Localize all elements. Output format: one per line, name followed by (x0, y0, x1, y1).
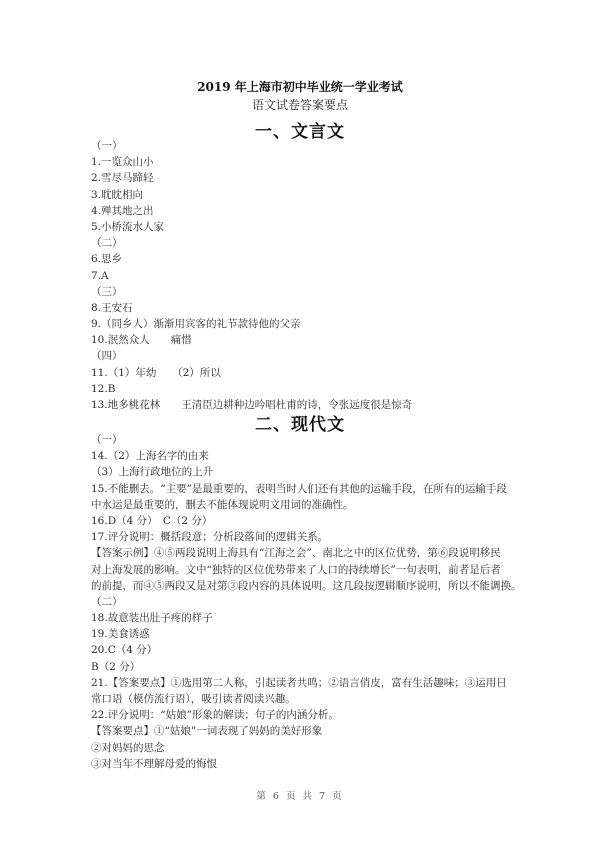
answer-line: （四） (91, 348, 531, 364)
answer-line: 中水运是最重要的，删去不能体现说明文用词的准确性。 (91, 497, 531, 513)
answer-line: 【答案要点】①“姑娘”一词表现了妈妈的美好形象 (91, 723, 531, 739)
answer-line: 常口语（模仿流行语），吸引读者阅读兴趣。 (91, 691, 531, 707)
answer-line: 9.（同乡人）渐渐用宾客的礼节款待他的父亲 (91, 316, 531, 332)
answer-line: （一） (91, 138, 531, 154)
section-classical-answers: （一） 1.一览众山小 2.雪尽马蹄轻 3.耽眈相向 4.殚其地之出 5.小桥流… (91, 138, 531, 413)
answer-line: 4.殚其地之出 (91, 203, 531, 219)
answer-line: 15.不能删去。“主要”是最重要的，表明当时人们还有其他的运输手段，在所有的运输… (91, 481, 531, 497)
answer-line: 7.A (91, 268, 531, 284)
answer-line: 19.美食诱惑 (91, 626, 531, 642)
answer-line: 17.评分说明：概括段意；分析段落间的逻辑关系。 (91, 529, 531, 545)
answer-line: 的前提，而④⑤两段又是对第③段内容的具体说明。这几段按逻辑顺序说明，所以不能调换… (91, 578, 531, 594)
answer-line: 11.（1）年幼 （2）所以 (91, 365, 531, 381)
answer-line: 2.雪尽马蹄轻 (91, 170, 531, 186)
document-title: 2019 年上海市初中毕业统一学业考试 (0, 78, 600, 95)
answer-line: 18.故意装出肚子疼的样子 (91, 610, 531, 626)
answer-line: 1.一览众山小 (91, 154, 531, 170)
answer-line: 对上海发展的影响。文中“独特的区位优势带来了人口的持续增长”一句表明，前者是后者 (91, 562, 531, 578)
answer-line: 3.耽眈相向 (91, 187, 531, 203)
answer-line: B（2 分） (91, 659, 531, 675)
answer-line: 22.评分说明：“姑娘”形象的解读；句子的内涵分析。 (91, 707, 531, 723)
answer-line: 5.小桥流水人家 (91, 219, 531, 235)
answer-line: 14.（2）上海名字的由来 (91, 448, 531, 464)
answer-line: （二） (91, 235, 531, 251)
document-subtitle: 语文试卷答案要点 (0, 96, 600, 113)
answer-line: （二） (91, 594, 531, 610)
answer-line: 16.D（4 分） C（2 分） (91, 513, 531, 529)
answer-line: 【答案示例】④⑤两段说明上海具有“江海之会”、南北之中的区位优势，第⑥段说明移民 (91, 545, 531, 561)
answer-line: ②对妈妈的思念 (91, 740, 531, 756)
answer-line: ③对当年不理解母爱的悔恨 (91, 756, 531, 772)
answer-line: 6.思乡 (91, 251, 531, 267)
answer-line: （三） (91, 284, 531, 300)
answer-line: （3）上海行政地位的上升 (91, 464, 531, 480)
section-modern-answers: （一） 14.（2）上海名字的由来 （3）上海行政地位的上升 15.不能删去。“… (91, 432, 531, 772)
answer-line: 21.【答案要点】①选用第二人称，引起读者共鸣；②语言俏皮，富有生活趣味；③运用… (91, 675, 531, 691)
answer-line: （一） (91, 432, 531, 448)
answer-line: 20.C（4 分） (91, 642, 531, 658)
answer-line: 8.王安石 (91, 300, 531, 316)
answer-line: 10.泯然众人 痛惜 (91, 332, 531, 348)
page-number: 第 6 页 共 7 页 (0, 788, 600, 802)
document-page: 2019 年上海市初中毕业统一学业考试 语文试卷答案要点 一、文言文 （一） 1… (0, 0, 600, 848)
answer-line: 12.B (91, 381, 531, 397)
